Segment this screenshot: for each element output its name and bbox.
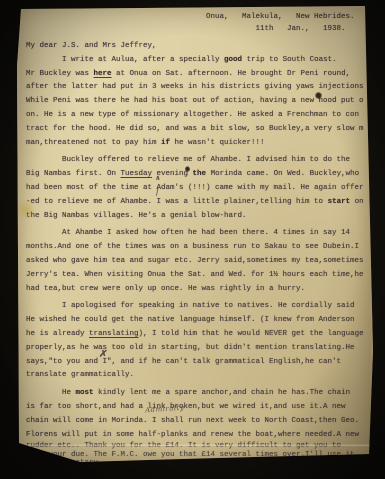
- letter-text-segment: chain will come in Morinda. I shall run …: [26, 417, 359, 425]
- letter-body: Onua, Malekula, New Hebrides. 11th Jan.,…: [26, 12, 373, 464]
- scanned-letter-photo: Onua, Malekula, New Hebrides. 11th Jan.,…: [0, 0, 385, 479]
- letter-line: translate grammatically.: [26, 369, 373, 383]
- letter-text-segment: Morinda came. On Wed. Buckley,who: [206, 170, 359, 178]
- letter-text-segment: ), I told him that he would NEVER get th…: [139, 330, 364, 338]
- letter-text-segment: Buckley offered to relieve me of Ahambe.…: [26, 156, 350, 164]
- letter-text-segment: on: [350, 198, 364, 206]
- letter-line: Florens will put in some half-planks and…: [26, 429, 373, 443]
- letter-line: Jerry's tea. When visiting Onua the Sat.…: [26, 269, 373, 283]
- letter-text-segment: Tuesday: [121, 170, 153, 178]
- letter-text-segment: good: [224, 56, 242, 64]
- letter-line: take your due. The F.M.C. owe you that £…: [26, 451, 373, 459]
- letter-text-segment: He: [26, 389, 76, 397]
- letter-text-segment: at Onua on Sat. afternoon. He brought Dr…: [112, 70, 351, 78]
- letter-line: months.And one of the times was on a bus…: [26, 241, 373, 255]
- letter-text-segment: Onua, Malekula, New Hebrides.: [26, 13, 355, 21]
- letter-text-segment: take your due. The F.M.C. owe you that £…: [26, 451, 355, 459]
- letter-text-segment: Florens will put in some half-planks and…: [26, 431, 359, 439]
- letter-text-segment: Big Nambas first. On: [26, 170, 121, 178]
- letter-line: is far too short,and had a link broken,b…: [26, 401, 373, 415]
- letter-line: the Big Nambas villages. He's a genial b…: [26, 210, 373, 224]
- letter-text-segment: he wasn't quicker!!!: [170, 139, 265, 147]
- letter-text-segment: most: [76, 389, 94, 397]
- letter-text-segment: after the latter had put in 3 weeks in h…: [26, 83, 364, 91]
- letter-text-segment: tract for the hood. He did so, and was a…: [26, 125, 364, 133]
- letter-line: on. He is a new type of missionary altog…: [26, 109, 373, 123]
- letter-line: 11th Jan., 1938.: [26, 24, 373, 36]
- letter-line: At Ahambe I asked how often he had been …: [26, 227, 373, 241]
- letter-text-segment: 11th Jan., 1938.: [26, 25, 346, 33]
- ink-blot: [185, 166, 190, 172]
- letter-text-segment: I write at Aulua, after a specially: [26, 56, 224, 64]
- letter-line: Onua, Malekula, New Hebrides.: [26, 12, 373, 24]
- letter-text-segment: translate grammatically.: [26, 371, 134, 379]
- letter-line: had tea,but crew were only up once. He w…: [26, 283, 373, 297]
- letter-line: He most kindly lent me a spare anchor,an…: [26, 387, 373, 401]
- letter-text-segment: on. He is a new type of missionary altog…: [26, 111, 359, 119]
- letter-line: man,threatened not to pay him if he wasn…: [26, 137, 373, 151]
- letter-text-segment: had been most of the time at Adam's (!!!…: [26, 184, 364, 192]
- letter-text-segment: kindly lent me a spare anchor,and chain …: [94, 389, 351, 397]
- letter-line: had been most of the time at Adam's (!!!…: [26, 182, 373, 196]
- letter-text-segment: man,threatened not to pay him: [26, 139, 161, 147]
- letter-line: He wished he could get the native langua…: [26, 314, 373, 328]
- letter-text-segment: trip to South Coast.: [242, 56, 337, 64]
- letter-line: asked who gave him tea and sugar etc. Je…: [26, 255, 373, 269]
- letter-line: he is already translating), I told him t…: [26, 328, 373, 342]
- letter-text-segment: months.And one of the times was on a bus…: [26, 243, 359, 251]
- letter-text-segment: At Ahambe I asked how often he had been …: [26, 229, 350, 237]
- letter-text-segment: While Peni was there he had his boat out…: [26, 97, 364, 105]
- letter-text-segment: he is already: [26, 330, 89, 338]
- letter-text-segment: He wished he could get the native langua…: [26, 316, 355, 324]
- letter-text-segment: I apologised for speaking in native to n…: [26, 302, 355, 310]
- paper-fold-line: [17, 444, 373, 447]
- letter-line: for new d-rotary: [26, 459, 373, 464]
- letter-text-segment: properly,as he was too old in starting, …: [26, 344, 355, 352]
- letter-line: My dear J.S. and Mrs Jeffrey,: [26, 40, 373, 54]
- letter-line: Big Nambas first. On Tuesday evening the…: [26, 168, 373, 182]
- paper-stain: [18, 199, 34, 221]
- letter-text-segment: start: [328, 198, 351, 206]
- letter-text-segment: My dear J.S. and Mrs Jeffrey,: [26, 42, 157, 50]
- letter-text-segment: is far too short,and had a link broken,b…: [26, 403, 346, 411]
- letter-line: Buckley offered to relieve me of Ahambe.…: [26, 154, 373, 168]
- letter-text-segment: Mr Buckley was: [26, 70, 94, 78]
- letter-text-segment: if: [161, 139, 170, 147]
- letter-line: properly,as he was too old in starting, …: [26, 342, 373, 356]
- letter-line: I write at Aulua, after a specially good…: [26, 54, 373, 68]
- letter-line: tract for the hood. He did so, and was a…: [26, 123, 373, 137]
- letter-text-segment: here: [94, 70, 112, 78]
- letter-line: -ed to relieve me of Ahambe. I was a lit…: [26, 196, 373, 210]
- ink-blot: [315, 92, 322, 99]
- letter-text-segment: the Big Nambas villages. He's a genial b…: [26, 212, 247, 220]
- letter-text-segment: -ed to relieve me of Ahambe. I was a lit…: [26, 198, 328, 206]
- letter-line: I apologised for speaking in native to n…: [26, 300, 373, 314]
- letter-text-segment: Jerry's tea. When visiting Onua the Sat.…: [26, 271, 364, 279]
- letter-line: says,"to you and I", and if he can't tal…: [26, 356, 373, 370]
- letter-paper: Onua, Malekula, New Hebrides. 11th Jan.,…: [17, 6, 373, 464]
- letter-line: Mr Buckley was here at Onua on Sat. afte…: [26, 68, 373, 82]
- letter-text-segment: for new d-rotary: [26, 459, 98, 464]
- letter-text-segment: had tea,but crew were only up once. He w…: [26, 285, 305, 293]
- letter-text-segment: asked who gave him tea and sugar etc. Je…: [26, 257, 364, 265]
- letter-text-segment: translating: [89, 330, 139, 338]
- letter-text-segment: says,"to you and I", and if he can't tal…: [26, 358, 341, 366]
- letter-line: chain will come in Morinda. I shall run …: [26, 415, 373, 429]
- letter-text-segment: the: [193, 170, 207, 178]
